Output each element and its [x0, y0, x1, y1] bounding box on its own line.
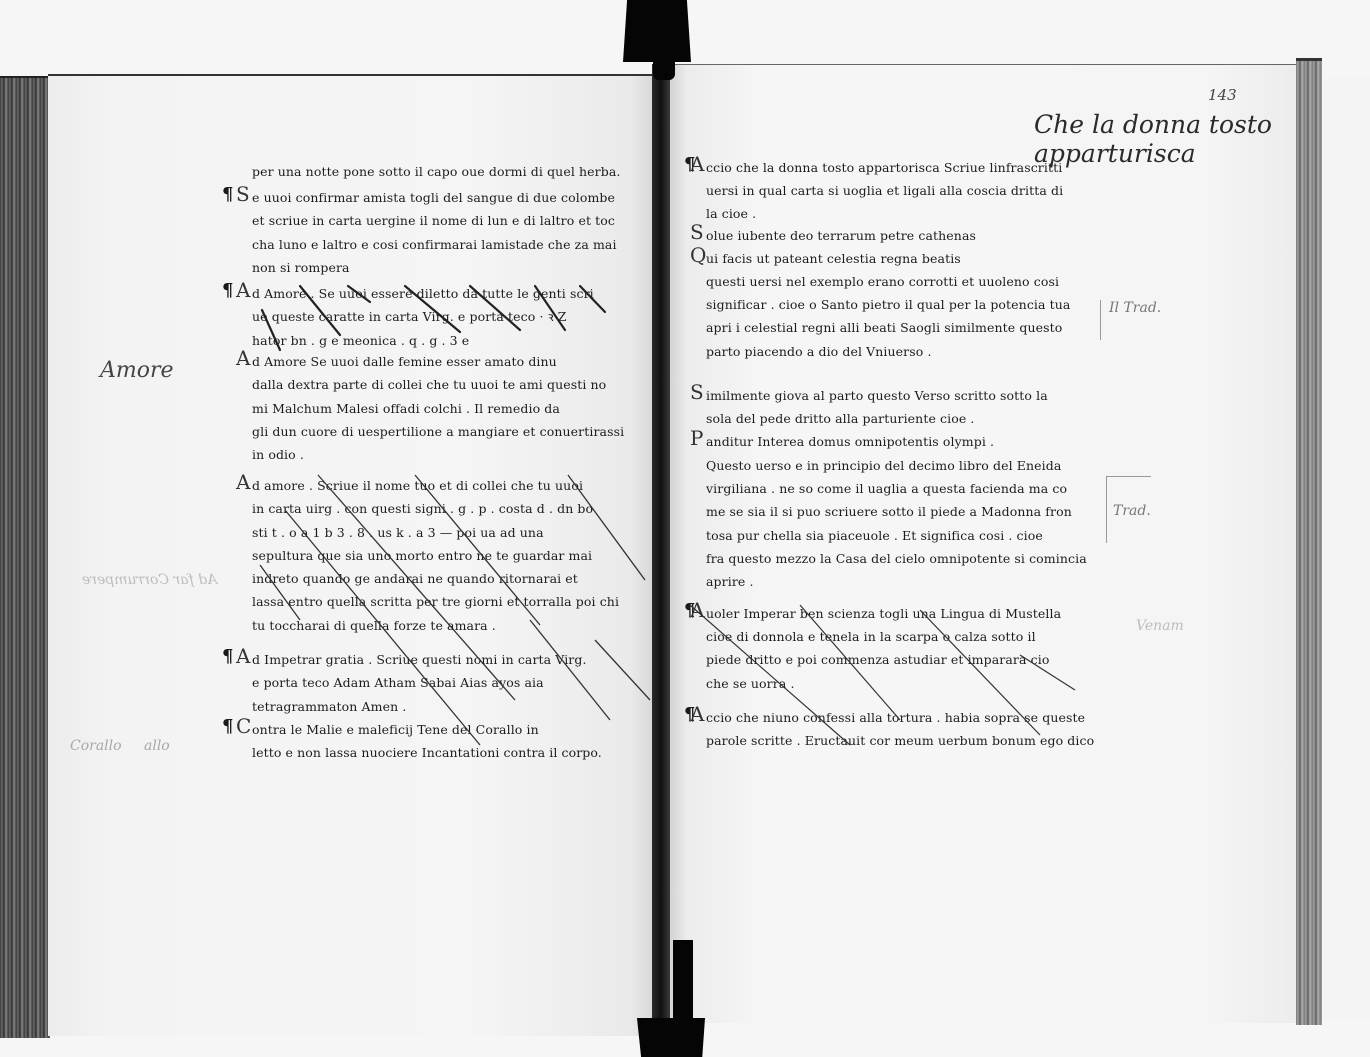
text-line: e uuoi confirmar amista togli del sangue…: [252, 186, 617, 209]
text-line: che se uorra .: [706, 672, 1061, 695]
margin-note-venam: Venam: [1136, 618, 1184, 634]
text-line: sola del pede dritto alla parturiente ci…: [706, 407, 1048, 430]
margin-note-trad-1: Il Trad.: [1100, 300, 1161, 340]
text-line: cha luno e laltro e cosi confirmarai lam…: [252, 233, 617, 256]
initial-letter: S: [690, 380, 704, 404]
initial-letter: A: [690, 598, 704, 622]
text-line: d Amore Se uuoi dalle femine esser amato…: [252, 350, 624, 373]
text-paragraph: Questo uerso e in principio del decimo l…: [706, 454, 1087, 593]
text-line: hator bn . g e meonica . q . g . 3 e: [252, 329, 594, 352]
bookmark-ribbon-bottom-tail: [673, 940, 693, 1020]
text-line: uoler Imperar ben scienza togli una Ling…: [706, 602, 1061, 625]
text-line: gli dun cuore di uespertilione a mangiar…: [252, 420, 624, 443]
paragraph-mark-icon: ¶: [222, 716, 233, 737]
text-line: aprire .: [706, 570, 1087, 593]
text-line: piede dritto e poi commenza astudiar et …: [706, 648, 1061, 671]
right-page-edges: [1296, 58, 1322, 1025]
paragraph-mark-icon: ¶: [222, 646, 233, 667]
text-line: olue iubente deo terrarum petre cathenas: [706, 224, 976, 247]
margin-note-trad-2: Trad.: [1106, 476, 1151, 543]
text-line: sepultura que sia uno morto entro ne te …: [252, 544, 619, 567]
text-paragraph: questi uersi nel exemplo erano corrotti …: [706, 270, 1070, 363]
text-line: d Impetrar gratia . Scriue questi nomi i…: [252, 648, 587, 671]
text-line: imilmente giova al parto questo Verso sc…: [706, 384, 1048, 407]
margin-note-amore: Amore: [100, 358, 174, 383]
initial-letter: A: [236, 644, 250, 668]
book-gutter: [652, 64, 670, 1022]
initial-letter: A: [690, 152, 704, 176]
bookmark-ribbon-bottom: [637, 1018, 705, 1057]
text-line: me se sia il si puo scriuere sotto il pi…: [706, 500, 1087, 523]
text-paragraph: e uuoi confirmar amista togli del sangue…: [252, 186, 617, 279]
initial-letter: A: [690, 702, 704, 726]
text-line: Questo uerso e in principio del decimo l…: [706, 454, 1087, 477]
text-line: lassa entro quella scritta per tre giorn…: [252, 590, 619, 613]
text-paragraph: d Impetrar gratia . Scriue questi nomi i…: [252, 648, 587, 718]
left-page-edges: [0, 76, 50, 1038]
text-line: e porta teco Adam Atham Sabai Aias ayos …: [252, 671, 587, 694]
text-line: apri i celestial regni alli beati Saogli…: [706, 316, 1070, 339]
initial-letter: Q: [690, 243, 706, 267]
text-line: ontra le Malie e maleficij Tene del Cora…: [252, 718, 602, 741]
text-paragraph: d amore . Scriue il nome tuo et di colle…: [252, 474, 619, 637]
margin-note-corallo: Corallo: [70, 738, 122, 754]
initial-letter: P: [690, 426, 703, 450]
text-line: d Amore . Se uuoi essere diletto da tutt…: [252, 282, 594, 305]
margin-note-ad-far: Ad far Corrumpere: [82, 572, 217, 588]
margin-note-allo: allo: [144, 738, 170, 754]
text-line: in odio .: [252, 443, 624, 466]
initial-letter: S: [236, 182, 250, 206]
text-line: tetragrammaton Amen .: [252, 695, 587, 718]
text-paragraph: d Amore . Se uuoi essere diletto da tutt…: [252, 282, 594, 352]
text-paragraph: anditur Interea domus omnipotentis olymp…: [706, 430, 994, 453]
text-paragraph: ui facis ut pateant celestia regna beati…: [706, 247, 961, 270]
text-paragraph: imilmente giova al parto questo Verso sc…: [706, 384, 1048, 430]
text-paragraph: olue iubente deo terrarum petre cathenas: [706, 224, 976, 247]
initial-letter: C: [236, 714, 251, 738]
text-paragraph: ontra le Malie e maleficij Tene del Cora…: [252, 718, 602, 765]
text-line: et scriue in carta uergine il nome di lu…: [252, 209, 617, 232]
text-paragraph: ccio che niuno confessi alla tortura . h…: [706, 706, 1094, 752]
text-line: ue queste caratte in carta Virg. e porta…: [252, 305, 594, 328]
initial-letter: S: [690, 220, 704, 244]
text-line: uersi in qual carta si uoglia et ligali …: [706, 179, 1063, 202]
text-line: sti t . o a 1 b 3 . 8 . us k . a 3 — poi…: [252, 521, 619, 544]
paragraph-mark-icon: ¶: [222, 280, 233, 301]
text-line: non si rompera: [252, 256, 617, 279]
text-line: ccio che la donna tosto appartorisca Scr…: [706, 156, 1063, 179]
initial-letter: A: [236, 470, 250, 494]
text-line: mi Malchum Malesi offadi colchi . Il rem…: [252, 397, 624, 420]
text-line: indreto quando ge andarai ne quando rito…: [252, 567, 619, 590]
text-line: dalla dextra parte di collei che tu uuoi…: [252, 373, 624, 396]
text-paragraph: ccio che la donna tosto appartorisca Scr…: [706, 156, 1063, 226]
text-line: fra questo mezzo la Casa del cielo omnip…: [706, 547, 1087, 570]
initial-letter: A: [236, 278, 250, 302]
text-line: la cioe .: [706, 202, 1063, 225]
text-line: tosa pur chella sia piaceuole . Et signi…: [706, 524, 1087, 547]
text-paragraph: uoler Imperar ben scienza togli una Ling…: [706, 602, 1061, 695]
text-paragraph: d Amore Se uuoi dalle femine esser amato…: [252, 350, 624, 466]
text-line: d amore . Scriue il nome tuo et di colle…: [252, 474, 619, 497]
text-line: significar . cioe o Santo pietro il qual…: [706, 293, 1070, 316]
bookmark-ribbon-top-tail: [653, 62, 675, 80]
paragraph-mark-icon: ¶: [222, 184, 233, 205]
text-line: ui facis ut pateant celestia regna beati…: [706, 247, 961, 270]
text-line: per una notte pone sotto il capo oue dor…: [252, 160, 620, 183]
text-line: ccio che niuno confessi alla tortura . h…: [706, 706, 1094, 729]
text-line: in carta uirg . con questi signi . g . p…: [252, 497, 619, 520]
bookmark-ribbon-top: [623, 0, 691, 62]
text-line: questi uersi nel exemplo erano corrotti …: [706, 270, 1070, 293]
text-line: virgiliana . ne so come il uaglia a ques…: [706, 477, 1087, 500]
initial-letter: A: [236, 346, 250, 370]
text-line: cioe di donnola e tenela in la scarpa o …: [706, 625, 1061, 648]
text-line: parole scritte . Eructauit cor meum uerb…: [706, 729, 1094, 752]
text-line: anditur Interea domus omnipotentis olymp…: [706, 430, 994, 453]
running-head: Che la donna tosto apparturisca: [1034, 110, 1370, 168]
text-paragraph: per una notte pone sotto il capo oue dor…: [252, 160, 620, 183]
text-line: tu toccharai di quella forze te amara .: [252, 614, 619, 637]
text-line: letto e non lassa nuociere Incantationi …: [252, 741, 602, 764]
page-number: 143: [1208, 86, 1237, 104]
text-line: parto piacendo a dio del Vniuerso .: [706, 340, 1070, 363]
